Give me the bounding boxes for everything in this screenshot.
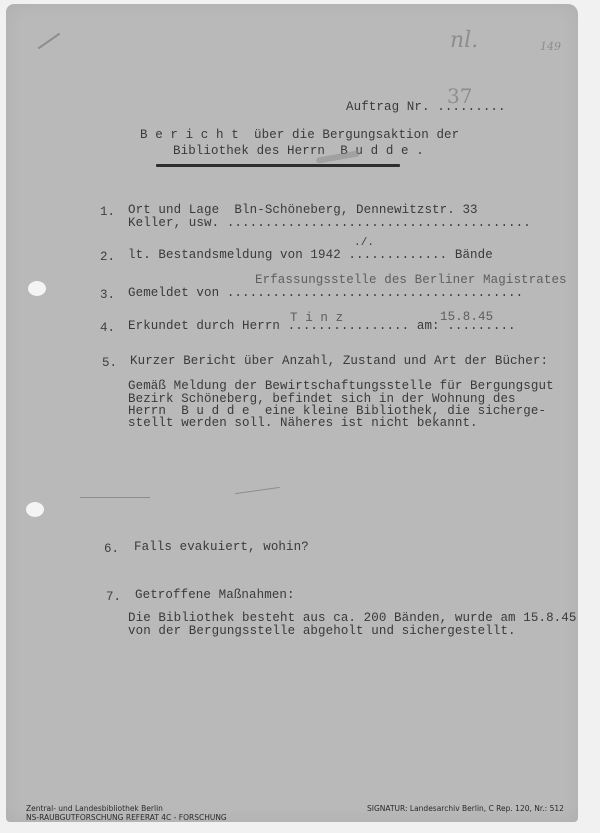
item-7-label: Getroffene Maßnahmen: [135,588,295,602]
item-5-label: Kurzer Bericht über Anzahl, Zustand und … [130,354,548,368]
item-number: 1. [100,205,115,219]
title-line-1: B e r i c h t über die Bergungsaktion de… [140,128,459,142]
item-5-body-line-1: Gemäß Meldung der Bewirtschaftungsstelle… [128,379,554,393]
handwritten-note: nl. [450,28,478,53]
item-6-label: Falls evakuiert, wohin? [134,540,309,554]
item-number: 6. [104,542,119,556]
punch-hole-bottom [26,502,44,517]
item-3-value: Erfassungsstelle des Berliner Magistrate… [255,273,567,287]
item-4-label: Erkundet durch Herrn ................ am… [128,319,516,333]
punch-hole-top [28,281,46,296]
item-number: 7. [106,590,121,604]
item-7-body-line-2: von der Bergungsstelle abgeholt und sich… [128,624,516,638]
item-number: 3. [100,288,115,302]
item-1-line-2: Keller, usw. ...........................… [128,216,531,230]
item-number: 4. [100,321,115,335]
order-number-label: Auftrag Nr. ......... [346,100,506,114]
page-number: 149 [540,40,561,53]
item-1-line-1: Ort und Lage Bln-Schöneberg, Dennewitzst… [128,203,478,217]
footer-signature: SIGNATUR: Landesarchiv Berlin, C Rep. 12… [367,804,564,813]
item-3-label: Gemeldet von ...........................… [128,286,523,300]
footer-left: Zentral- und Landesbibliothek Berlin NS-… [26,804,227,822]
item-5-body-line-4: stellt werden soll. Näheres ist nicht be… [128,416,478,430]
stray-line [80,497,150,498]
item-7-body-line-1: Die Bibliothek besteht aus ca. 200 Bände… [128,611,576,625]
item-2-label: lt. Bestandsmeldung von 1942 ...........… [128,248,493,262]
title-underline [156,164,400,167]
footer-institution: Zentral- und Landesbibliothek Berlin [26,804,227,813]
footer-department: NS-RAUBGUTFORSCHUNG REFERAT 4C - FORSCHU… [26,813,227,822]
item-number: 5. [102,356,117,370]
item-number: 2. [100,250,115,264]
title-line-2: Bibliothek des Herrn B u d d e . [173,144,424,158]
